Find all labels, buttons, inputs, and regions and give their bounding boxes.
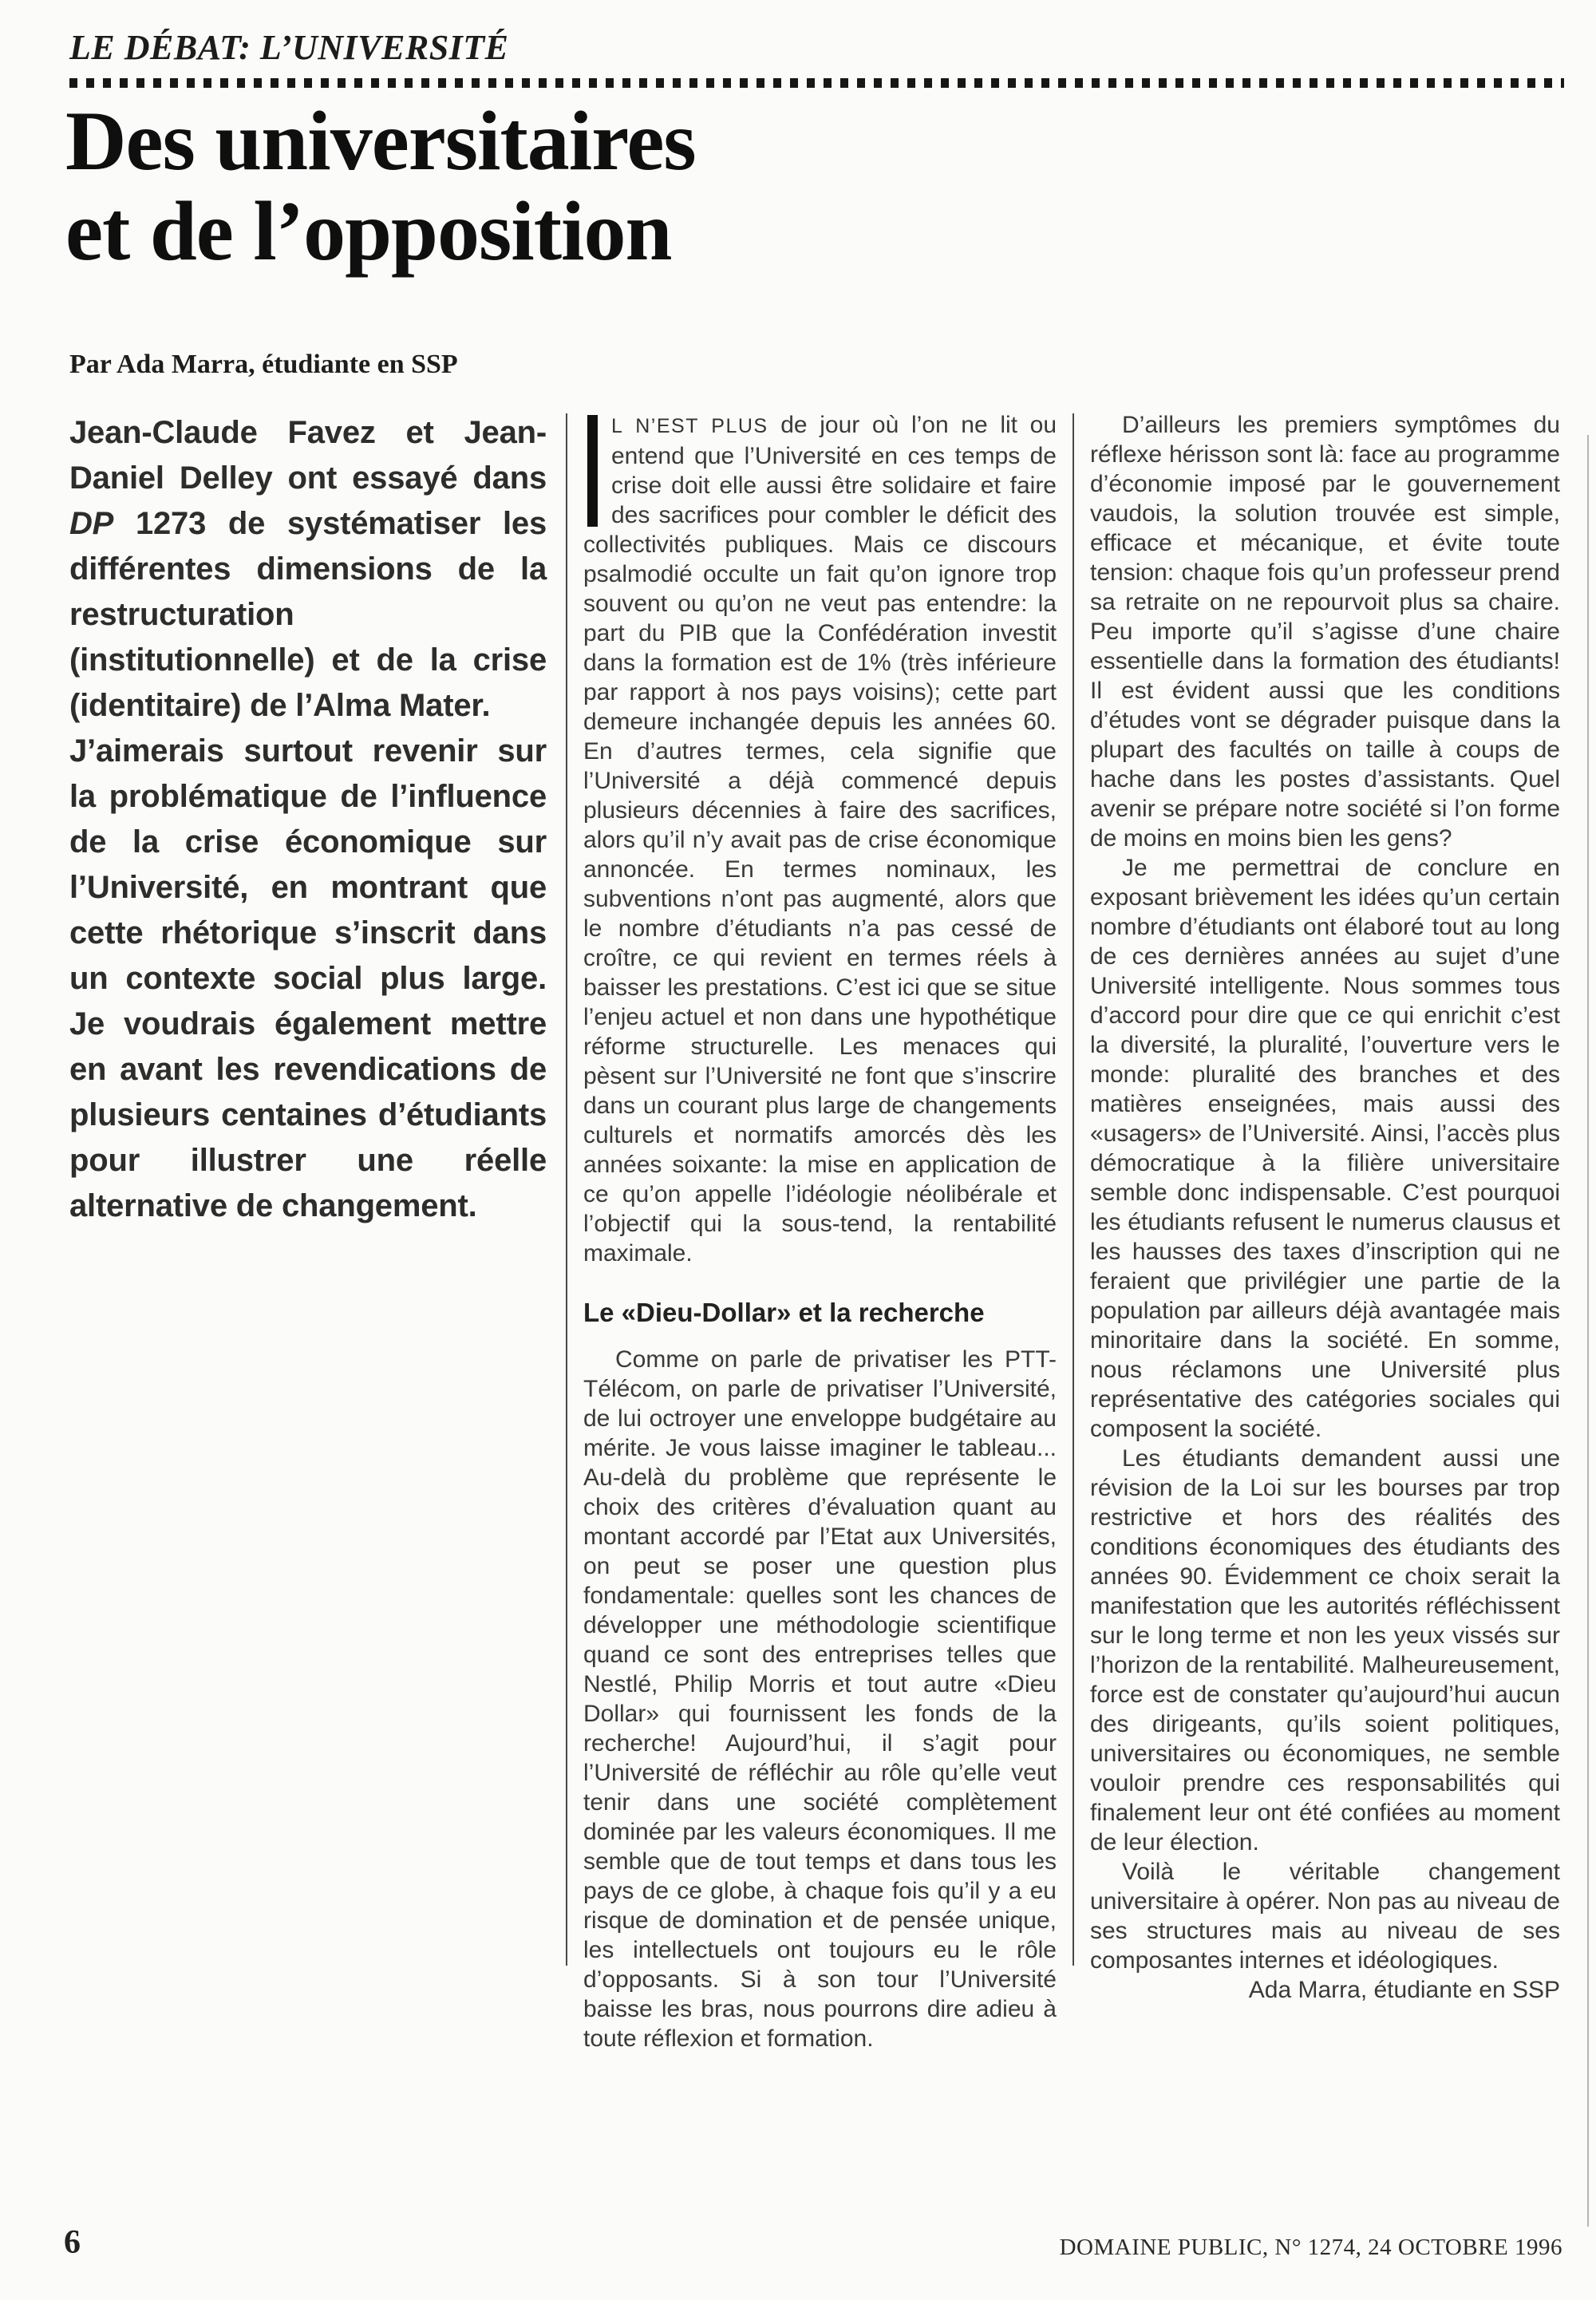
article-title-line2: et de l’opposition	[65, 186, 696, 276]
subheading-dieu-dollar: Le «Dieu-Dollar» et la recherche	[583, 1297, 1057, 1329]
article-title: Des universitaires et de l’opposition	[65, 96, 696, 276]
column-divider-right	[1073, 413, 1074, 1966]
lead-in-small-caps: L N’EST PLUS	[611, 415, 768, 437]
column-right: D’ailleurs les premiers symptômes du réf…	[1090, 410, 1560, 2053]
intro-p1-text-after: 1273 de systématiser les différentes dim…	[69, 506, 547, 723]
drop-cap-letter-i	[587, 415, 598, 527]
article-title-line1: Des universitaires	[65, 96, 696, 186]
dp-issue-reference: DP	[69, 506, 113, 541]
publication-footer: DOMAINE PUBLIC, N° 1274, 24 OCTOBRE 1996	[1060, 2235, 1562, 2261]
body-paragraph-2: Comme on parle de privatiser les PTT-Tél…	[583, 1345, 1057, 2053]
body-p1-text: de jour où l’on ne lit ou entend que l’U…	[583, 412, 1057, 1267]
newspaper-page: LE DÉBAT: L’UNIVERSITÉ Des universitaire…	[0, 0, 1596, 2300]
byline: Par Ada Marra, étudiante en SSP	[69, 350, 458, 380]
intro-paragraph-2: J’aimerais surtout revenir sur la problé…	[69, 729, 547, 1229]
column-divider-left	[566, 413, 567, 1966]
column-left-intro: Jean-Claude Favez et Jean-Daniel Delley …	[69, 410, 547, 2053]
section-kicker: LE DÉBAT: L’UNIVERSITÉ	[69, 27, 509, 68]
intro-p1-text-before: Jean-Claude Favez et Jean-Daniel Delley …	[69, 415, 547, 496]
right-paragraph-3: Les étudiants demandent aussi une révisi…	[1090, 1444, 1560, 1857]
signature: Ada Marra, étudiante en SSP	[1090, 1975, 1560, 2005]
right-paragraph-2: Je me permettrai de conclure en exposant…	[1090, 853, 1560, 1444]
right-paragraph-1: D’ailleurs les premiers symptômes du réf…	[1090, 410, 1560, 853]
article-columns: Jean-Claude Favez et Jean-Daniel Delley …	[69, 410, 1560, 2053]
column-middle: L N’EST PLUS de jour où l’on ne lit ou e…	[583, 410, 1057, 2053]
right-paragraph-4: Voilà le véritable changement universita…	[1090, 1857, 1560, 1975]
body-paragraph-1: L N’EST PLUS de jour où l’on ne lit ou e…	[583, 410, 1057, 1268]
page-number: 6	[64, 2223, 81, 2262]
page-edge-line	[1587, 435, 1589, 2227]
intro-paragraph-1: Jean-Claude Favez et Jean-Daniel Delley …	[69, 410, 547, 729]
dotted-divider	[69, 78, 1564, 88]
